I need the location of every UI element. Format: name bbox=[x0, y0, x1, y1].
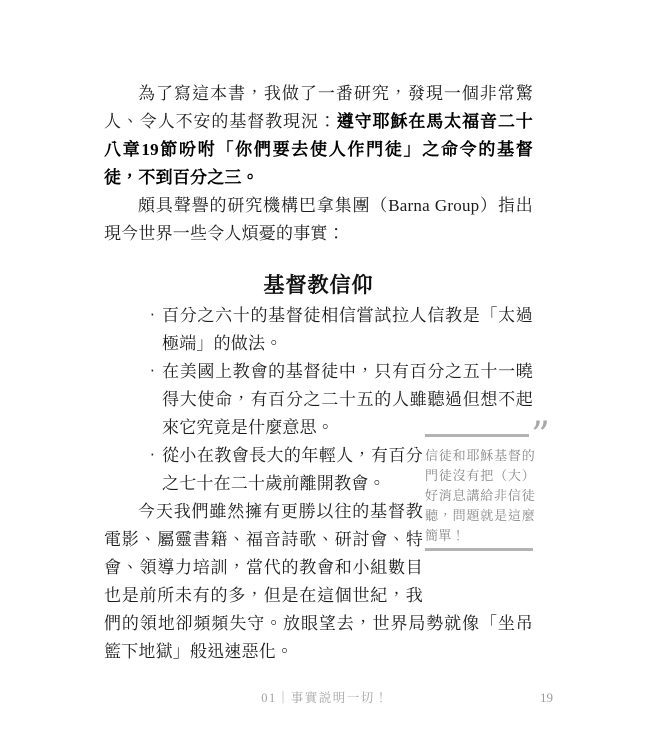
pull-quote-box: ” 信徒和耶穌基督的門徒沒有把（大）好消息講給非信徒聽，問題就是這麼簡單！ bbox=[425, 426, 551, 551]
pull-quote-bottom-rule bbox=[425, 548, 533, 551]
list-item: ‧百分之六十的基督徒相信嘗試拉人信教是「太過極端」的做法。 bbox=[104, 302, 533, 358]
book-page: 為了寫這本書，我做了一番研究，發現一個非常驚人、令人不安的基督教現況：遵守耶穌在… bbox=[0, 0, 650, 750]
bullet-text: 百分之六十的基督徒相信嘗試拉人信教是「太過極端」的做法。 bbox=[162, 306, 533, 353]
main-text-column: 為了寫這本書，我做了一番研究，發現一個非常驚人、令人不安的基督教現況：遵守耶穌在… bbox=[104, 80, 533, 666]
bullet-dot-icon: ‧ bbox=[150, 302, 155, 330]
bullet-dot-icon: ‧ bbox=[150, 358, 155, 386]
pull-quote-text: 信徒和耶穌基督的門徒沒有把（大）好消息講給非信徒聽，問題就是這麼簡單！ bbox=[425, 446, 535, 546]
page-number: 19 bbox=[540, 690, 553, 706]
close-quote-icon: ” bbox=[531, 417, 550, 454]
paragraph-research-finding: 為了寫這本書，我做了一番研究，發現一個非常驚人、令人不安的基督教現況：遵守耶穌在… bbox=[104, 80, 533, 192]
paragraph-barna-group: 頗具聲譽的研究機構巴拿集團（Barna Group）指出現今世界一些令人煩憂的事… bbox=[104, 192, 533, 248]
pull-quote-top-rule bbox=[425, 434, 529, 437]
pull-quote-header: ” bbox=[425, 426, 551, 443]
bullet-text: 從小在教會長大的年輕人，有百分之七十在二十歲前離開教會。 bbox=[162, 446, 423, 493]
bullet-dot-icon: ‧ bbox=[150, 442, 155, 470]
section-heading-christian-faith: 基督教信仰 bbox=[104, 270, 533, 300]
